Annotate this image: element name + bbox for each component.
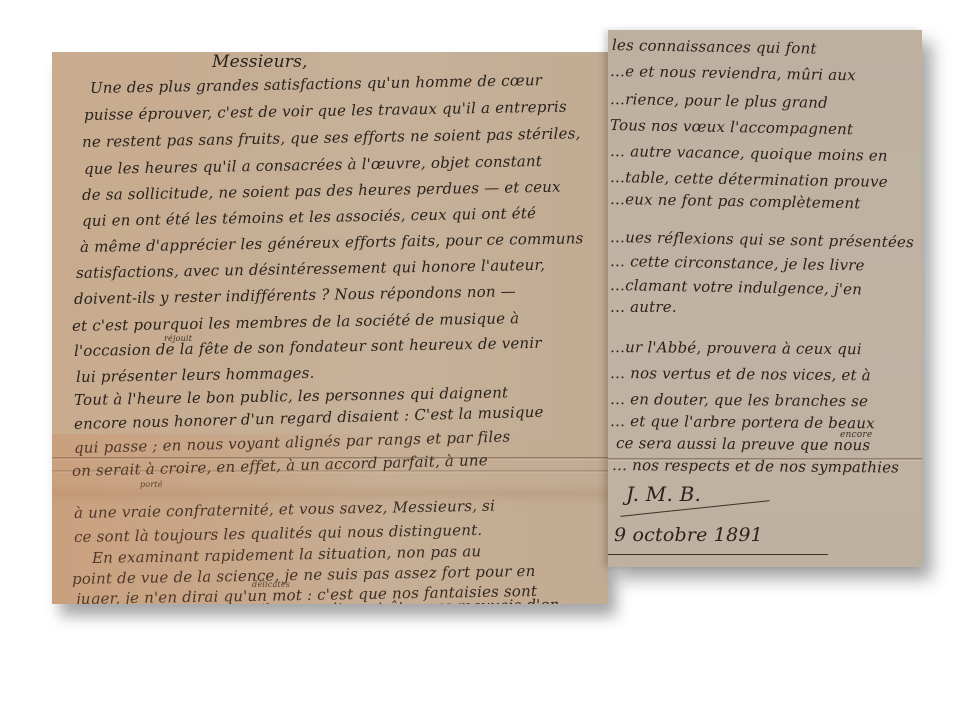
letter-line: lui présenter leurs hommages.	[76, 364, 315, 386]
letter-line: de sa sollicitude, ne soient pas des heu…	[82, 178, 561, 204]
letter-line: … cette circonstance, je les livre	[610, 252, 865, 274]
letter-line: et c'est pourquoi les membres de la soci…	[72, 309, 520, 335]
date-underline	[608, 554, 828, 555]
letter-line: …rience, pour le plus grand	[610, 90, 828, 112]
letter-line: … autre.	[610, 298, 677, 316]
letter-line: …clamant votre indulgence, j'en	[610, 276, 862, 298]
letter-line: puisse éprouver, c'est de voir que les t…	[84, 98, 567, 124]
letter-line: ne restent pas sans fruits, que ses effo…	[82, 124, 581, 151]
letter-line: l'occasion de la fête de son fondateur s…	[74, 334, 542, 360]
interlinear-note: délicates	[252, 580, 290, 589]
letter-line: …table, cette détermination prouve	[610, 168, 888, 191]
letter-line: Tous nos vœux l'accompagnent	[610, 116, 854, 138]
letter-line: … nos respects et de nos sympathies	[612, 456, 899, 477]
salutation: Messieurs,	[212, 52, 308, 72]
letter-line: doivent-ils y rester indifférents ? Nous…	[74, 282, 516, 308]
letter-line: à même d'apprécier les généreux efforts …	[80, 229, 584, 256]
letter-line: … et que l'arbre portera de beaux	[610, 412, 875, 432]
letter-line: …eux ne font pas complètement	[610, 190, 861, 212]
letter-line: on serait à croire, en effet, à un accor…	[72, 451, 488, 480]
signature: J. M. B.	[626, 482, 701, 506]
letter-line: les connaissances qui font	[612, 36, 817, 58]
letter-page-right: les connaissances qui font …e et nous re…	[608, 30, 922, 567]
letter-line: Une des plus grandes satisfactions qu'un…	[90, 71, 542, 97]
letter-line: … nos vertus et de nos vices, et à	[610, 364, 871, 384]
letter-line: qui en ont été les témoins et les associ…	[82, 204, 536, 230]
letter-page-left: Messieurs, Une des plus grandes satisfac…	[52, 52, 608, 604]
letter-line: ce sont là toujours les qualités qui nou…	[74, 521, 483, 546]
interlinear-note: porté	[140, 480, 163, 489]
letter-line: satisfactions, avec un désintéressement …	[76, 256, 545, 282]
letter-line: que les heures qu'il a consacrées à l'œu…	[84, 152, 542, 178]
letter-line: …e et nous reviendra, mûri aux	[610, 62, 856, 84]
letter-line: ce sera aussi la preuve que nous	[616, 434, 871, 454]
letter-line: …ur l'Abbé, prouvera à ceux qui	[610, 338, 862, 358]
letter-line: … autre vacance, quoique moins en	[610, 142, 888, 165]
letter-date: 9 octobre 1891	[614, 524, 763, 546]
letter-line: … en douter, que les branches se	[610, 390, 868, 410]
letter-line: …ues réflexions qui se sont présentées	[610, 228, 914, 251]
letter-line: à une vraie confraternité, et vous savez…	[74, 497, 495, 522]
